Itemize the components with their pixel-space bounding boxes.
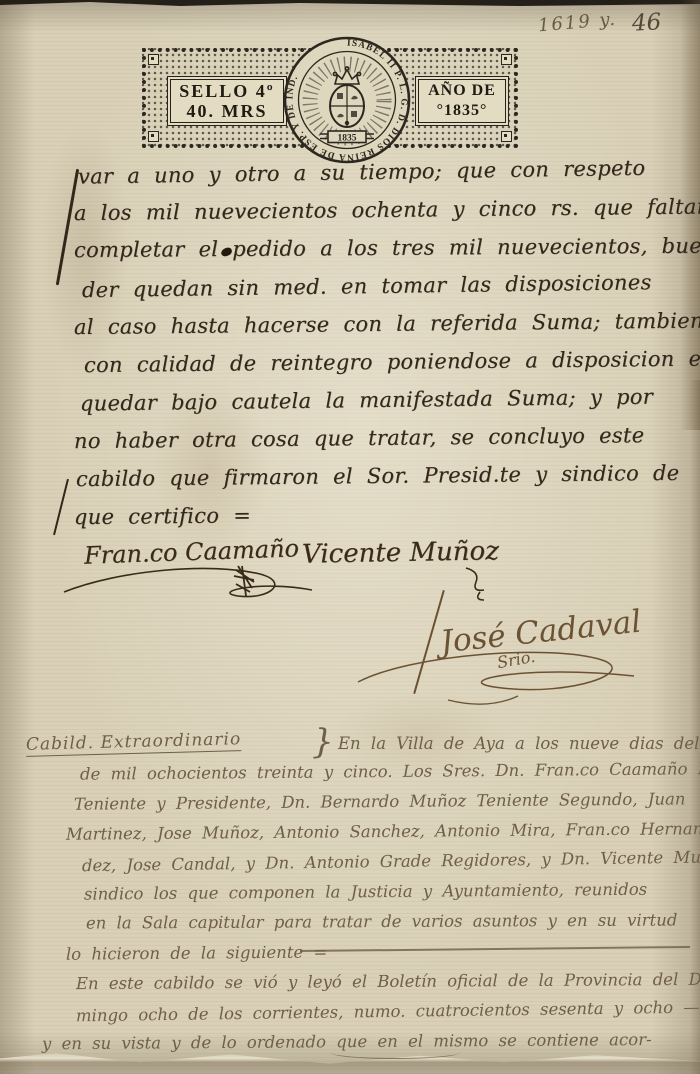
corner-annotation: 1619 y. — [537, 9, 618, 37]
rubric-flourish-icon — [458, 562, 498, 602]
stamp-corner-ornament — [148, 131, 159, 142]
minutes-paragraph: de mil ochocientos treinta y cinco. Los … — [66, 762, 694, 972]
stamp-class-label: SELLO 4º — [179, 81, 274, 101]
brace-mark: } — [312, 722, 334, 762]
manuscript-line: en la Sala capitular para tratar de vari… — [86, 910, 694, 943]
stamp-corner-ornament — [501, 131, 512, 142]
manuscript-line: al caso hasta hacerse con la referida Su… — [74, 309, 674, 353]
page-number: 46 — [631, 9, 662, 36]
scan-edge-top — [0, 0, 700, 6]
stamp-year-value: °1835° — [437, 101, 488, 121]
stamp-corner-ornament — [148, 54, 159, 65]
manuscript-line: que certifico = — [74, 499, 674, 543]
seal-year-banner: 1835 — [320, 131, 374, 144]
manuscript-line: sindico los que componen la Justicia y A… — [84, 879, 694, 914]
manuscript-line: cabildo que firmaron el Sor. Presid.te y… — [76, 461, 674, 505]
rubric-flourish-icon — [352, 630, 642, 710]
cabildo-heading: Cabild. Extraordinario — [26, 729, 242, 757]
royal-seal-icon: ISABEL II P. L. G. D. DIOS REINA DE ESP.… — [282, 35, 412, 165]
seal-year-text: 1835 — [338, 134, 357, 144]
minutes-first-line: En la Villa de Aya a los nueve dias del … — [338, 734, 700, 753]
manuscript-line: no haber otra cosa que tratar, se conclu… — [74, 423, 674, 467]
stamp-value-label: 40. MRS — [187, 101, 268, 121]
coat-of-arms-icon — [330, 85, 364, 127]
manuscript-line: a los mil nuevecientos ochenta y cinco r… — [74, 195, 674, 239]
certify-flourish-stroke — [53, 479, 69, 536]
stamp-corner-ornament — [501, 54, 512, 65]
stamp-year-box: AÑO DE °1835° — [418, 79, 506, 123]
stamp-denomination-box: SELLO 4º 40. MRS — [170, 79, 284, 123]
stamp-year-label: AÑO DE — [428, 81, 496, 101]
underline-flourish — [330, 1046, 460, 1059]
manuscript-page: 1619 y. 46 SELLO 4º 40. MRS AÑO DE °1835… — [0, 0, 700, 1074]
revenue-stamp: SELLO 4º 40. MRS AÑO DE °1835° ISABEL II… — [142, 48, 518, 148]
rubric-flourish-icon — [60, 552, 320, 608]
manuscript-paragraph-upper: var a uno y otro a su tiempo; que con re… — [74, 160, 674, 540]
manuscript-line: completar el pedido a los tres mil nueve… — [74, 234, 674, 276]
manuscript-line: lo hicieron de la siguiente = — [66, 939, 694, 974]
